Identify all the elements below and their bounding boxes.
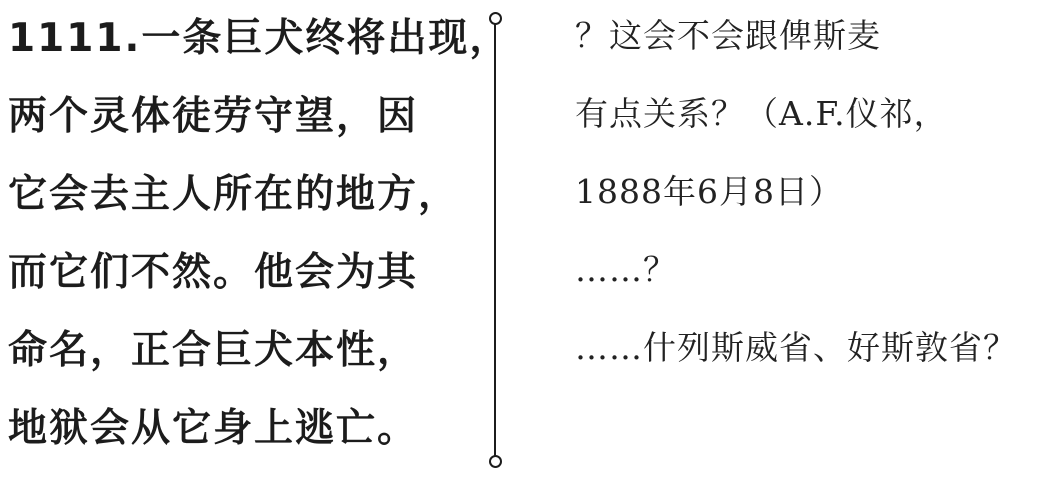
annotation-column: ？这会不会跟俾斯麦 有点关系？（A.F.仪祁， 1888年6月8日） ……？ …… xyxy=(575,0,1053,384)
verse-line: 1111.一条巨犬终将出现， xyxy=(8,0,478,74)
annotation-line: 1888年6月8日） xyxy=(575,150,1053,228)
annotation-line: ？这会不会跟俾斯麦 xyxy=(575,0,1053,72)
book-page: 1111.一条巨犬终将出现， 两个灵体徒劳守望，因 它会去主人所在的地方， 而它… xyxy=(0,0,1053,478)
annotation-line: ……？ xyxy=(575,228,1053,306)
verse-line: 而它们不然。他会为其 xyxy=(8,230,478,308)
divider-top-circle-icon xyxy=(489,12,502,25)
verse-column: 1111.一条巨犬终将出现， 两个灵体徒劳守望，因 它会去主人所在的地方， 而它… xyxy=(8,0,478,464)
verse-line: 命名，正合巨犬本性， xyxy=(8,308,478,386)
verse-line: 它会去主人所在的地方， xyxy=(8,152,478,230)
annotation-line: ……什列斯威省、好斯敦省？ xyxy=(575,306,1053,384)
verse-line: 地狱会从它身上逃亡。 xyxy=(8,386,478,464)
divider-bottom-circle-icon xyxy=(489,455,502,468)
column-divider-line xyxy=(494,24,496,456)
verse-line: 两个灵体徒劳守望，因 xyxy=(8,74,478,152)
annotation-line: 有点关系？（A.F.仪祁， xyxy=(575,72,1053,150)
